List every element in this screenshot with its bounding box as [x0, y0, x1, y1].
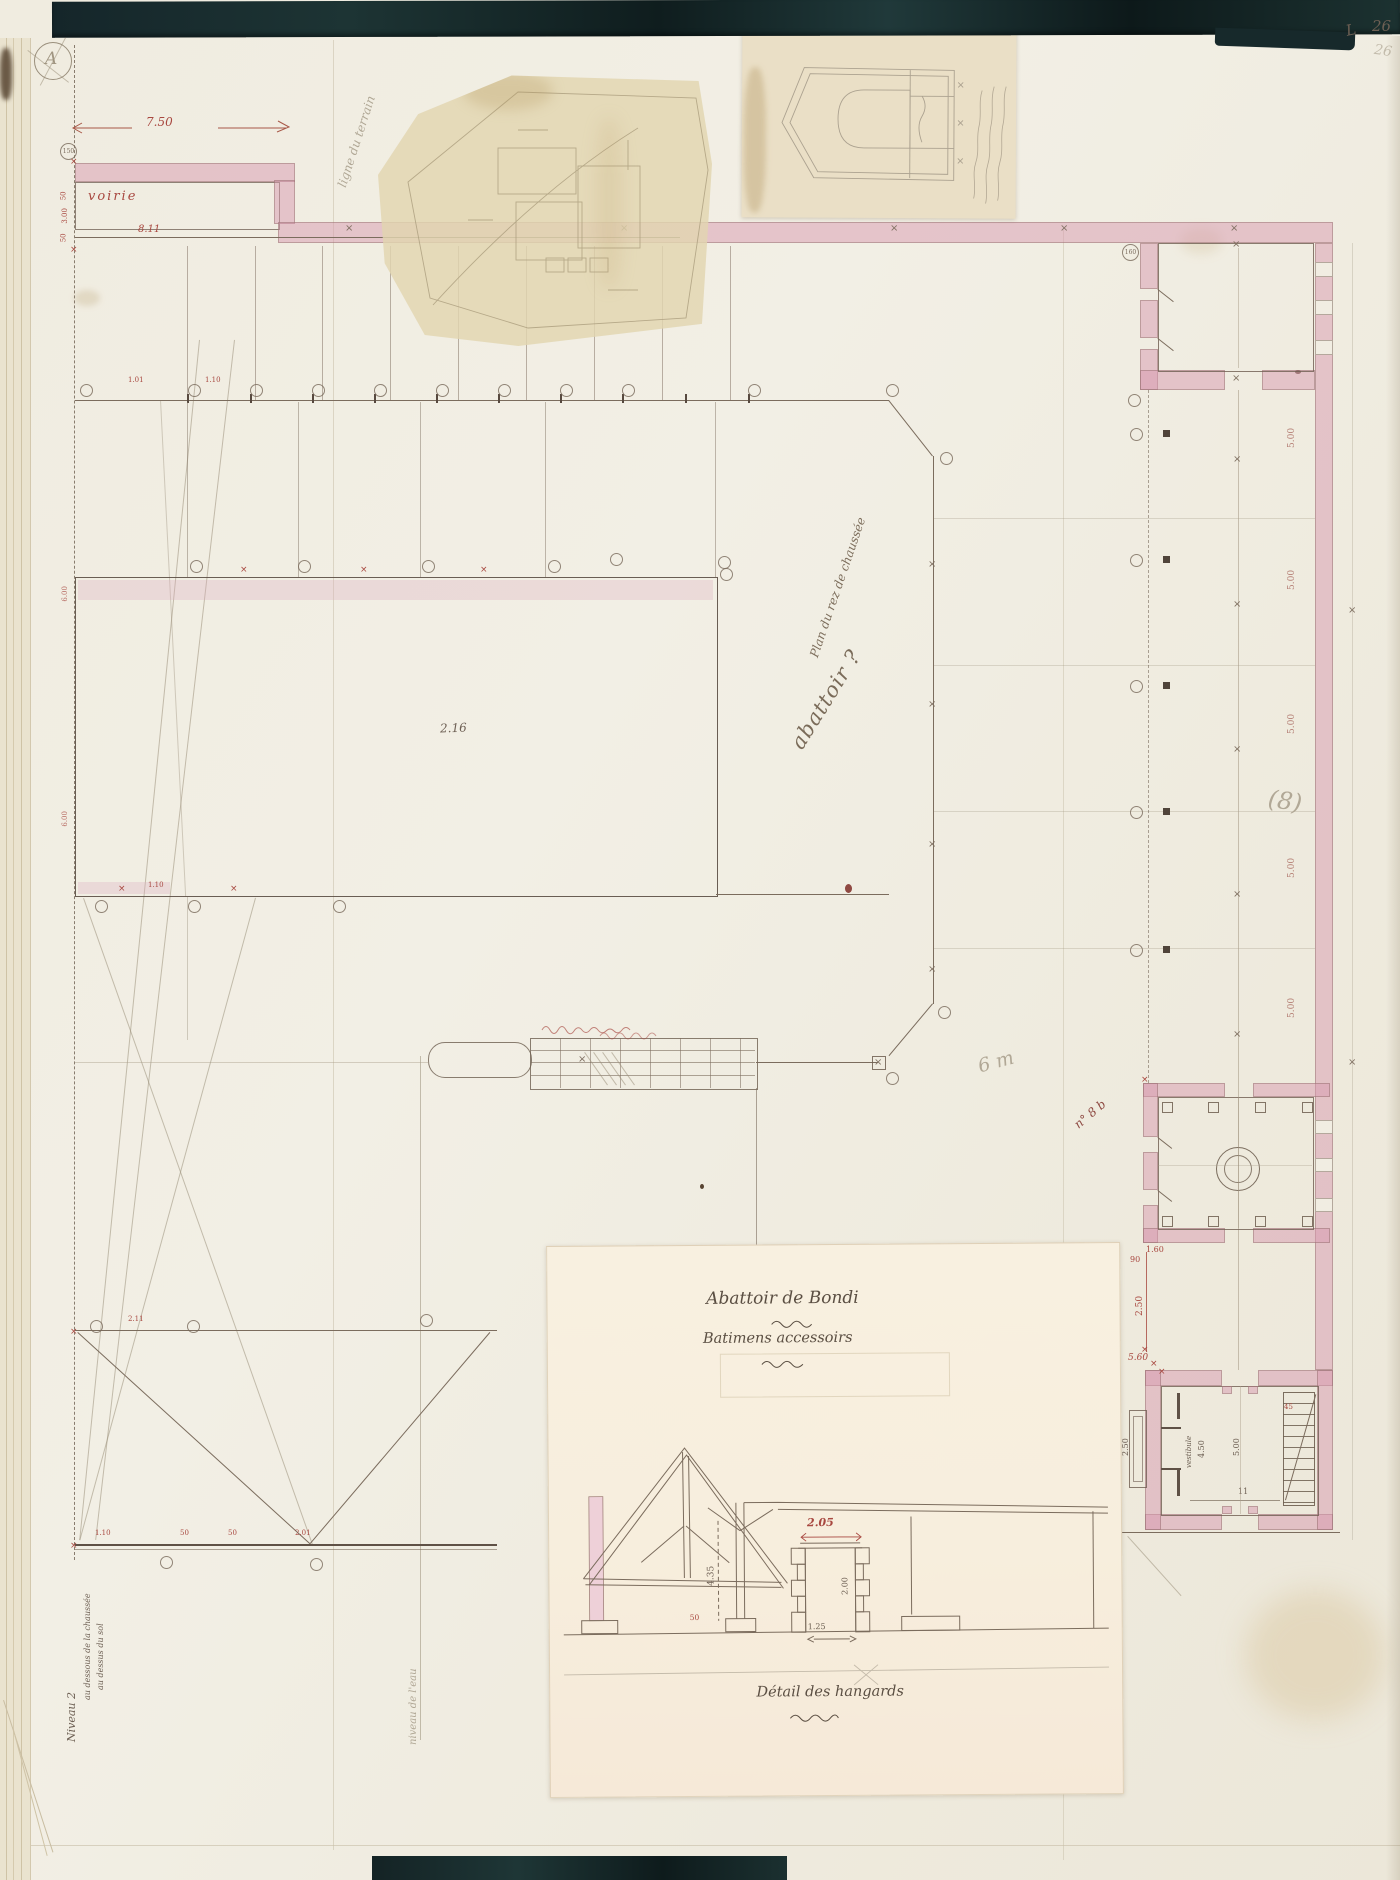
room3-wall: [1145, 1370, 1161, 1530]
pier-outline: [1302, 1102, 1313, 1113]
partition: [1161, 1427, 1181, 1429]
bay-line: [715, 402, 716, 577]
room1-wall: [1262, 370, 1315, 390]
pier: [1163, 808, 1170, 815]
micro-dim: 50: [61, 191, 69, 200]
bay-line: [187, 246, 188, 400]
circled-marker: [560, 384, 573, 397]
pencil-horizontal: [933, 518, 1315, 519]
circled-marker: [436, 384, 449, 397]
pencil-diagonal: [83, 898, 313, 1545]
ground-line: [1095, 1532, 1340, 1533]
faint-pencil-inscription: [974, 86, 1007, 203]
bay-line: [187, 402, 188, 577]
section-dim: 2.00: [841, 1577, 850, 1595]
room1-wall: [1140, 300, 1158, 338]
terrain-note-rotated: ligne du terrain: [336, 94, 378, 189]
pencil-horizontal: [933, 811, 1315, 812]
circled-marker: [312, 384, 325, 397]
micro-dim: 50: [228, 1530, 237, 1538]
corridor-dim: 5.00: [1288, 998, 1298, 1018]
room-dim: 4.50: [1198, 1440, 1207, 1458]
pencil-horizontal: [75, 1062, 428, 1063]
cover-corner-patch: [1215, 28, 1356, 51]
circled-marker: [748, 384, 761, 397]
pier: [1163, 682, 1170, 689]
micro-dim: 1.60: [1146, 1246, 1164, 1255]
x-mark: [1233, 600, 1241, 610]
strip-divider: [710, 1038, 711, 1088]
margin-note: au dessus du sol: [97, 1623, 106, 1690]
page-edge-line: [6, 38, 7, 1880]
red-tick: [1141, 1076, 1149, 1085]
micro-dim: 2.11: [128, 1316, 144, 1324]
circled-marker: 160: [1122, 244, 1139, 261]
water-level-note: niveau de l'eau: [408, 1668, 419, 1745]
paper-edge-right: [1386, 36, 1400, 1880]
margin-note-niveau: Niveau 2: [66, 1692, 78, 1742]
survey-diagonal: [77, 1332, 311, 1545]
red-tick: [70, 1542, 78, 1551]
underline-squiggle: [788, 1713, 840, 1723]
section-dim: 4.35: [707, 1566, 717, 1586]
pier-outline: [1162, 1102, 1173, 1113]
room2-wall: [1143, 1152, 1158, 1190]
fleck: [700, 1184, 704, 1189]
red-tick: [70, 1328, 78, 1337]
binding-shadow: [0, 48, 12, 100]
bay-line: [545, 402, 546, 577]
circled-marker: [160, 1556, 173, 1569]
strip-divider: [560, 1038, 561, 1088]
x-mark: [928, 700, 936, 710]
pilaster: [1248, 1506, 1258, 1514]
micro-dim: 50: [180, 1530, 189, 1538]
red-tick: [230, 885, 238, 894]
circled-marker: [1128, 394, 1141, 407]
partition: [1177, 1393, 1180, 1419]
album-page: 7.50 8.11 voirie 150 50 3.00 50 1.01 1.1…: [0, 0, 1400, 1880]
corridor-dim: 5.00: [1288, 714, 1298, 734]
margin-note: au dessous de la chaussée: [84, 1593, 93, 1700]
red-tick: [70, 246, 78, 255]
circled-marker: [1130, 428, 1143, 441]
circled-marker: [188, 384, 201, 397]
pencil-vertical: [420, 1056, 421, 1740]
micro-dim-rot: 6.00: [62, 586, 70, 602]
column-inner: [1133, 1416, 1143, 1482]
stair-dim: 45: [1284, 1404, 1293, 1412]
strip-divider: [740, 1038, 741, 1088]
illegible-red-annotation: [540, 1022, 750, 1038]
stain: [1245, 1590, 1385, 1720]
pencil-diagonal: [79, 898, 256, 1541]
faint-frame: [720, 1352, 950, 1398]
x-mark: [1233, 745, 1241, 755]
x-mark: [578, 1055, 586, 1065]
pilaster: [1222, 1506, 1232, 1514]
x-mark: [1348, 606, 1356, 616]
red-tick: [480, 566, 488, 575]
page-edge-line: [13, 38, 14, 1880]
base-line-2: [75, 1549, 497, 1550]
circled-marker: [187, 1320, 200, 1333]
micro-dim: 1.10: [205, 377, 221, 385]
chamfer-line: [889, 1003, 933, 1056]
dim-arrows-750: [70, 118, 295, 138]
red-tick: [118, 885, 126, 894]
partition: [1161, 1468, 1181, 1470]
pier-outline: [1302, 1216, 1313, 1227]
red-tick: [1158, 1368, 1166, 1377]
micro-dim-rot: 2.50: [1136, 1296, 1146, 1316]
strip-line: [531, 1062, 755, 1063]
tracing-stain: [596, 118, 622, 288]
strip-divider: [680, 1038, 681, 1088]
splayed-window: [1315, 262, 1333, 277]
wall-tick: [345, 224, 353, 234]
strip-stub: [756, 1088, 757, 1248]
partition: [1177, 1470, 1180, 1496]
ruled-strip: [530, 1038, 758, 1090]
micro-dim: 50: [61, 233, 69, 242]
circled-marker: [938, 1006, 951, 1019]
x-mark: [1233, 890, 1241, 900]
room1-wall: [1140, 243, 1158, 289]
tracing-stain: [463, 72, 553, 110]
circled-marker: [90, 1320, 103, 1333]
room2-axis-h: [1158, 1165, 1312, 1166]
pasted-detail-sheet: Abattoir de Bondi Batimens accessoirs: [546, 1242, 1124, 1798]
sheet-title-1: Abattoir de Bondi: [697, 1289, 867, 1309]
page-crease-left: [30, 38, 31, 1880]
pencil-vertical: [187, 897, 188, 1040]
street-label: voirie: [88, 190, 137, 204]
horizontal-crease: [30, 1845, 1400, 1846]
section-dim: 1.25: [808, 1623, 826, 1632]
pier-outline: [1255, 1102, 1266, 1113]
bay-line: [420, 402, 421, 577]
cover-marbled-top: [52, 0, 1400, 38]
red-dim-line: [1146, 1252, 1147, 1352]
pencil-diagonal: [1127, 1536, 1181, 1596]
circled-marker: [1130, 554, 1143, 567]
survey-diagonal: [310, 1332, 490, 1544]
polygon-side: [933, 456, 934, 1004]
base-line: [75, 1544, 497, 1546]
circled-marker: [610, 553, 623, 566]
room3-axis: [1240, 1386, 1241, 1514]
wall-band-voirie: [75, 163, 295, 182]
circled-marker: [250, 384, 263, 397]
red-dim: 5.60: [1128, 1354, 1148, 1364]
corridor-dim: 5.00: [1288, 428, 1298, 448]
room2-axis: [1238, 1097, 1239, 1228]
room3-wall: [1317, 1370, 1333, 1530]
circled-marker: [548, 560, 561, 573]
sheet-caption: Détail des hangards: [720, 1684, 940, 1701]
pier-outline: [1255, 1216, 1266, 1227]
wall-tick: [1230, 224, 1238, 234]
hangar-section-drawing: [562, 1423, 1114, 1703]
survey-line: [75, 1330, 497, 1331]
red-tick: [360, 566, 368, 575]
circled-marker: [188, 900, 201, 913]
circled-marker: [333, 900, 346, 913]
splayed-window: [1315, 300, 1333, 315]
colonnade-line: [75, 400, 889, 401]
post: [685, 394, 687, 403]
room1-wall: [1140, 370, 1225, 390]
pencil-horizontal: [933, 665, 1315, 666]
splayed-window: [1315, 340, 1333, 355]
tracing-sketch: [378, 70, 712, 346]
circled-marker: [720, 568, 733, 581]
pier: [1163, 946, 1170, 953]
micro-dim: 2.01: [295, 1530, 311, 1538]
pencil-note-6m: 6 m: [976, 1048, 1016, 1078]
room1-axis: [1238, 248, 1239, 368]
bay-line: [322, 246, 323, 400]
circled-marker: [1130, 680, 1143, 693]
circled-marker: [95, 900, 108, 913]
micro-dim: 90: [1130, 1256, 1140, 1265]
circled-marker: [622, 384, 635, 397]
strip-divider: [650, 1038, 651, 1088]
trough-oval: [428, 1042, 532, 1078]
red-tick: [1150, 1360, 1158, 1369]
dim-811: 8.11: [138, 224, 160, 235]
pasted-tracing-sheet: [378, 70, 712, 346]
room2-wall: [1143, 1083, 1158, 1137]
circled-marker: [310, 1558, 323, 1571]
splayed-window: [1315, 1198, 1333, 1212]
hall-wall-wash: [78, 580, 713, 600]
micro-dim: 1.01: [128, 377, 144, 385]
wall-tick: [1060, 224, 1068, 234]
pasted-sketch-sheet: [742, 27, 1017, 218]
page-edge-line: [21, 38, 22, 1880]
red-note-n8: n° 8 b: [1072, 1098, 1109, 1132]
strip-line: [531, 1050, 755, 1051]
x-mark: [1232, 240, 1240, 250]
x-mark: [1232, 374, 1240, 384]
micro-dim: 1.10: [95, 1530, 111, 1538]
circled-marker: [298, 560, 311, 573]
plan-subtitle-rotated: Plan du rez de chaussée: [808, 516, 868, 660]
sheet-title-2: Batimens accessoirs: [688, 1331, 868, 1348]
x-mark: [874, 1058, 882, 1068]
pencil-horizontal: [933, 948, 1315, 949]
underline-squiggle: [760, 1359, 808, 1369]
room2-wall: [1253, 1083, 1330, 1097]
room2-wall: [1253, 1228, 1330, 1243]
pencil-note-8: (8): [1266, 786, 1303, 817]
corridor-dim: 5.00: [1288, 858, 1298, 878]
pilaster: [1222, 1386, 1232, 1394]
cover-marbled-bottom: [372, 1856, 787, 1880]
vertical-crease: [333, 40, 334, 1850]
vestibule-label: vestibule: [1186, 1436, 1194, 1468]
red-tick: [70, 158, 78, 167]
dim-line: [756, 1062, 878, 1063]
circled-marker: [718, 556, 731, 569]
bay-line: [298, 402, 299, 577]
pier-outline: [1208, 1102, 1219, 1113]
x-mark: [928, 965, 936, 975]
circled-marker: [1130, 806, 1143, 819]
x-mark: [1233, 455, 1241, 465]
wall-tick: [890, 224, 898, 234]
chamfer-line: [888, 400, 933, 456]
pier-outline: [1162, 1216, 1173, 1227]
section-dim: 2.05: [807, 1517, 834, 1529]
bay-line: [730, 246, 731, 400]
circled-marker: [886, 1072, 899, 1085]
underline-squiggle: [770, 1319, 814, 1329]
hall-dim: 2.16: [440, 722, 467, 736]
red-tick: [240, 566, 248, 575]
circled-marker: [498, 384, 511, 397]
pier-outline: [1208, 1216, 1219, 1227]
splayed-window: [1315, 1158, 1333, 1172]
room1-outline: [1158, 243, 1314, 372]
wall-band-vertical: [274, 180, 295, 224]
section-dim: 50: [690, 1614, 700, 1622]
x-mark: [928, 840, 936, 850]
strip-line: [531, 1075, 755, 1076]
circled-marker: [374, 384, 387, 397]
circled-marker: [422, 560, 435, 573]
circled-marker: [886, 384, 899, 397]
circled-marker: [190, 560, 203, 573]
plan-title-rotated: abattoir ?: [787, 646, 866, 754]
room-dim-line: [1190, 1500, 1280, 1501]
bay-line: [255, 246, 256, 400]
circled-marker: [420, 1314, 433, 1327]
circled-marker: [940, 452, 953, 465]
pilaster: [1248, 1386, 1258, 1394]
micro-dim: 1.10: [148, 882, 164, 890]
circled-marker: [80, 384, 93, 397]
pier: [1163, 556, 1170, 563]
micro-dim: 3.00: [62, 208, 70, 224]
corridor-dashed-line: [1148, 390, 1149, 1083]
corridor-dim: 5.00: [1288, 570, 1298, 590]
page-edge-stack-left: [0, 38, 30, 1880]
x-mark: [928, 560, 936, 570]
x-mark: [1233, 1030, 1241, 1040]
stain: [74, 290, 100, 306]
micro-dim-rot: 6.00: [62, 811, 70, 827]
x-mark: [1348, 1058, 1356, 1068]
baseline-extension: [716, 894, 889, 895]
great-hall-outline: [75, 577, 718, 897]
gate-section-sketch: [742, 27, 1017, 218]
room2-wall: [1143, 1228, 1225, 1243]
ink-blot-red: [845, 884, 852, 893]
pencil-vertical: [1352, 243, 1353, 1540]
pier: [1163, 430, 1170, 437]
splayed-window: [1315, 1120, 1333, 1134]
page-number: 26: [1372, 18, 1391, 35]
dim-750: 7.50: [146, 116, 173, 129]
circled-marker: [1130, 944, 1143, 957]
